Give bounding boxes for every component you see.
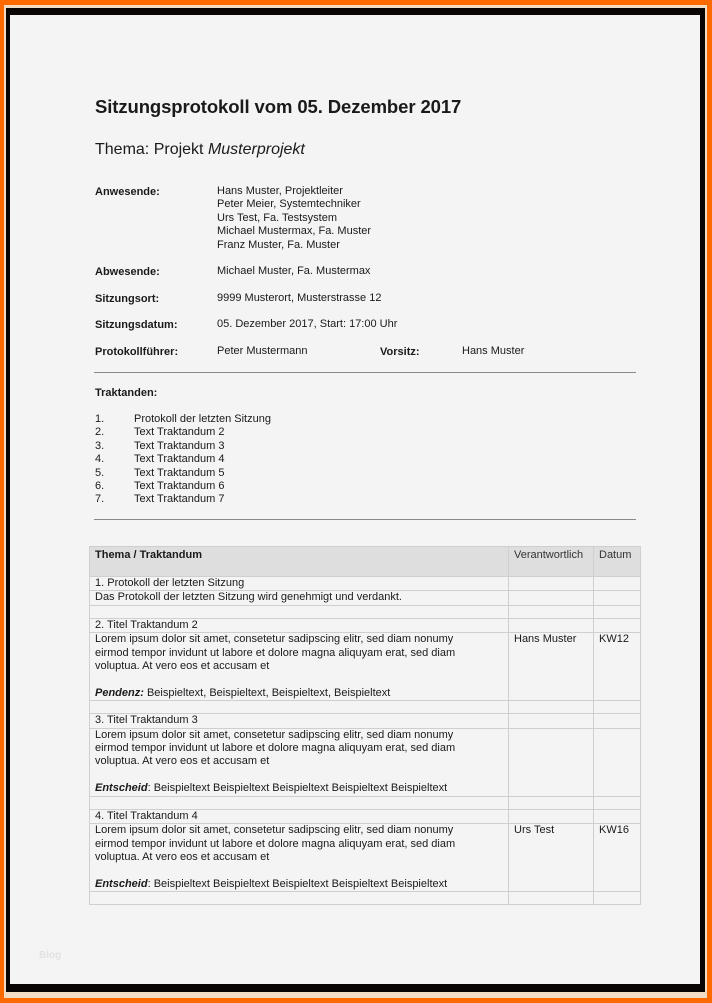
present-person: Michael Mustermax, Fa. Muster — [217, 225, 371, 238]
table-row: 1. Protokoll der letzten Sitzung — [90, 577, 641, 591]
project-name: Musterprojekt — [208, 141, 305, 158]
section-note: Entscheid: Beispieltext Beispieltext Bei… — [95, 782, 503, 795]
agenda-heading: Traktanden: — [95, 387, 157, 399]
agenda-item: 4.Text Traktandum 4 — [95, 453, 271, 466]
date-value: 05. Dezember 2017, Start: 17:00 Uhr — [217, 318, 397, 331]
table-row: Lorem ipsum dolor sit amet, consetetur s… — [90, 728, 641, 796]
table-row: Lorem ipsum dolor sit amet, consetetur s… — [90, 633, 641, 701]
section-body: Das Protokoll der letzten Sitzung wird g… — [90, 591, 509, 605]
section-body: Lorem ipsum dolor sit amet, consetetur s… — [90, 824, 509, 892]
document-page: Sitzungsprotokoll vom 05. Dezember 2017 … — [10, 15, 700, 984]
recorder-value: Peter Mustermann — [217, 345, 307, 358]
date-label: Sitzungsdatum: — [95, 319, 178, 331]
chair-value: Hans Muster — [462, 345, 524, 358]
date-cell — [594, 728, 641, 796]
column-header-date: Datum — [594, 547, 641, 577]
column-header-topic: Thema / Traktandum — [90, 547, 509, 577]
agenda-item: 6.Text Traktandum 6 — [95, 480, 271, 493]
section-title: 1. Protokoll der letzten Sitzung — [90, 577, 509, 591]
present-person: Urs Test, Fa. Testsystem — [217, 212, 371, 225]
subtitle-prefix: Thema: Projekt — [95, 141, 208, 158]
column-header-responsible: Verantwortlich — [509, 547, 594, 577]
responsible-cell: Urs Test — [509, 824, 594, 892]
table-header-row: Thema / Traktandum Verantwortlich Datum — [90, 547, 641, 577]
present-person: Hans Muster, Projektleiter — [217, 185, 371, 198]
table-row — [90, 605, 641, 618]
absent-label: Abwesende: — [95, 266, 160, 278]
date-cell: KW12 — [594, 633, 641, 701]
agenda-item: 7.Text Traktandum 7 — [95, 493, 271, 506]
table-row — [90, 892, 641, 905]
section-title: 2. Titel Traktandum 2 — [90, 618, 509, 632]
agenda-item: 3.Text Traktandum 3 — [95, 440, 271, 453]
table-row: Das Protokoll der letzten Sitzung wird g… — [90, 591, 641, 605]
present-person: Peter Meier, Systemtechniker — [217, 198, 371, 211]
absent-value: Michael Muster, Fa. Mustermax — [217, 265, 370, 278]
table-row — [90, 701, 641, 714]
watermark: Blog — [39, 950, 61, 961]
section-body: Lorem ipsum dolor sit amet, consetetur s… — [90, 728, 509, 796]
agenda-item: 1.Protokoll der letzten Sitzung — [95, 413, 271, 426]
section-title: 3. Titel Traktandum 3 — [90, 714, 509, 728]
table-row: 2. Titel Traktandum 2 — [90, 618, 641, 632]
date-cell: KW16 — [594, 824, 641, 892]
table-row: 3. Titel Traktandum 3 — [90, 714, 641, 728]
section-title: 4. Titel Traktandum 4 — [90, 809, 509, 823]
agenda-list: 1.Protokoll der letzten Sitzung 2.Text T… — [95, 413, 271, 507]
table-row: 4. Titel Traktandum 4 — [90, 809, 641, 823]
divider — [94, 519, 636, 520]
responsible-cell — [509, 728, 594, 796]
chair-label: Vorsitz: — [380, 346, 420, 358]
location-label: Sitzungsort: — [95, 293, 159, 305]
divider — [94, 372, 636, 373]
present-list: Hans Muster, Projektleiter Peter Meier, … — [217, 185, 371, 252]
location-value: 9999 Musterort, Musterstrasse 12 — [217, 292, 381, 305]
responsible-cell: Hans Muster — [509, 633, 594, 701]
section-body: Lorem ipsum dolor sit amet, consetetur s… — [90, 633, 509, 701]
recorder-label: Protokollführer: — [95, 346, 178, 358]
present-label: Anwesende: — [95, 186, 160, 198]
table-row: Lorem ipsum dolor sit amet, consetetur s… — [90, 824, 641, 892]
section-note: Pendenz: Beispieltext, Beispieltext, Bei… — [95, 687, 503, 700]
table-row — [90, 796, 641, 809]
agenda-item: 2.Text Traktandum 2 — [95, 426, 271, 439]
document-subtitle: Thema: Projekt Musterprojekt — [95, 141, 305, 159]
present-person: Franz Muster, Fa. Muster — [217, 239, 371, 252]
minutes-table: Thema / Traktandum Verantwortlich Datum … — [89, 546, 641, 905]
agenda-item: 5.Text Traktandum 5 — [95, 467, 271, 480]
section-note: Entscheid: Beispieltext Beispieltext Bei… — [95, 878, 503, 891]
document-title: Sitzungsprotokoll vom 05. Dezember 2017 — [95, 96, 461, 118]
